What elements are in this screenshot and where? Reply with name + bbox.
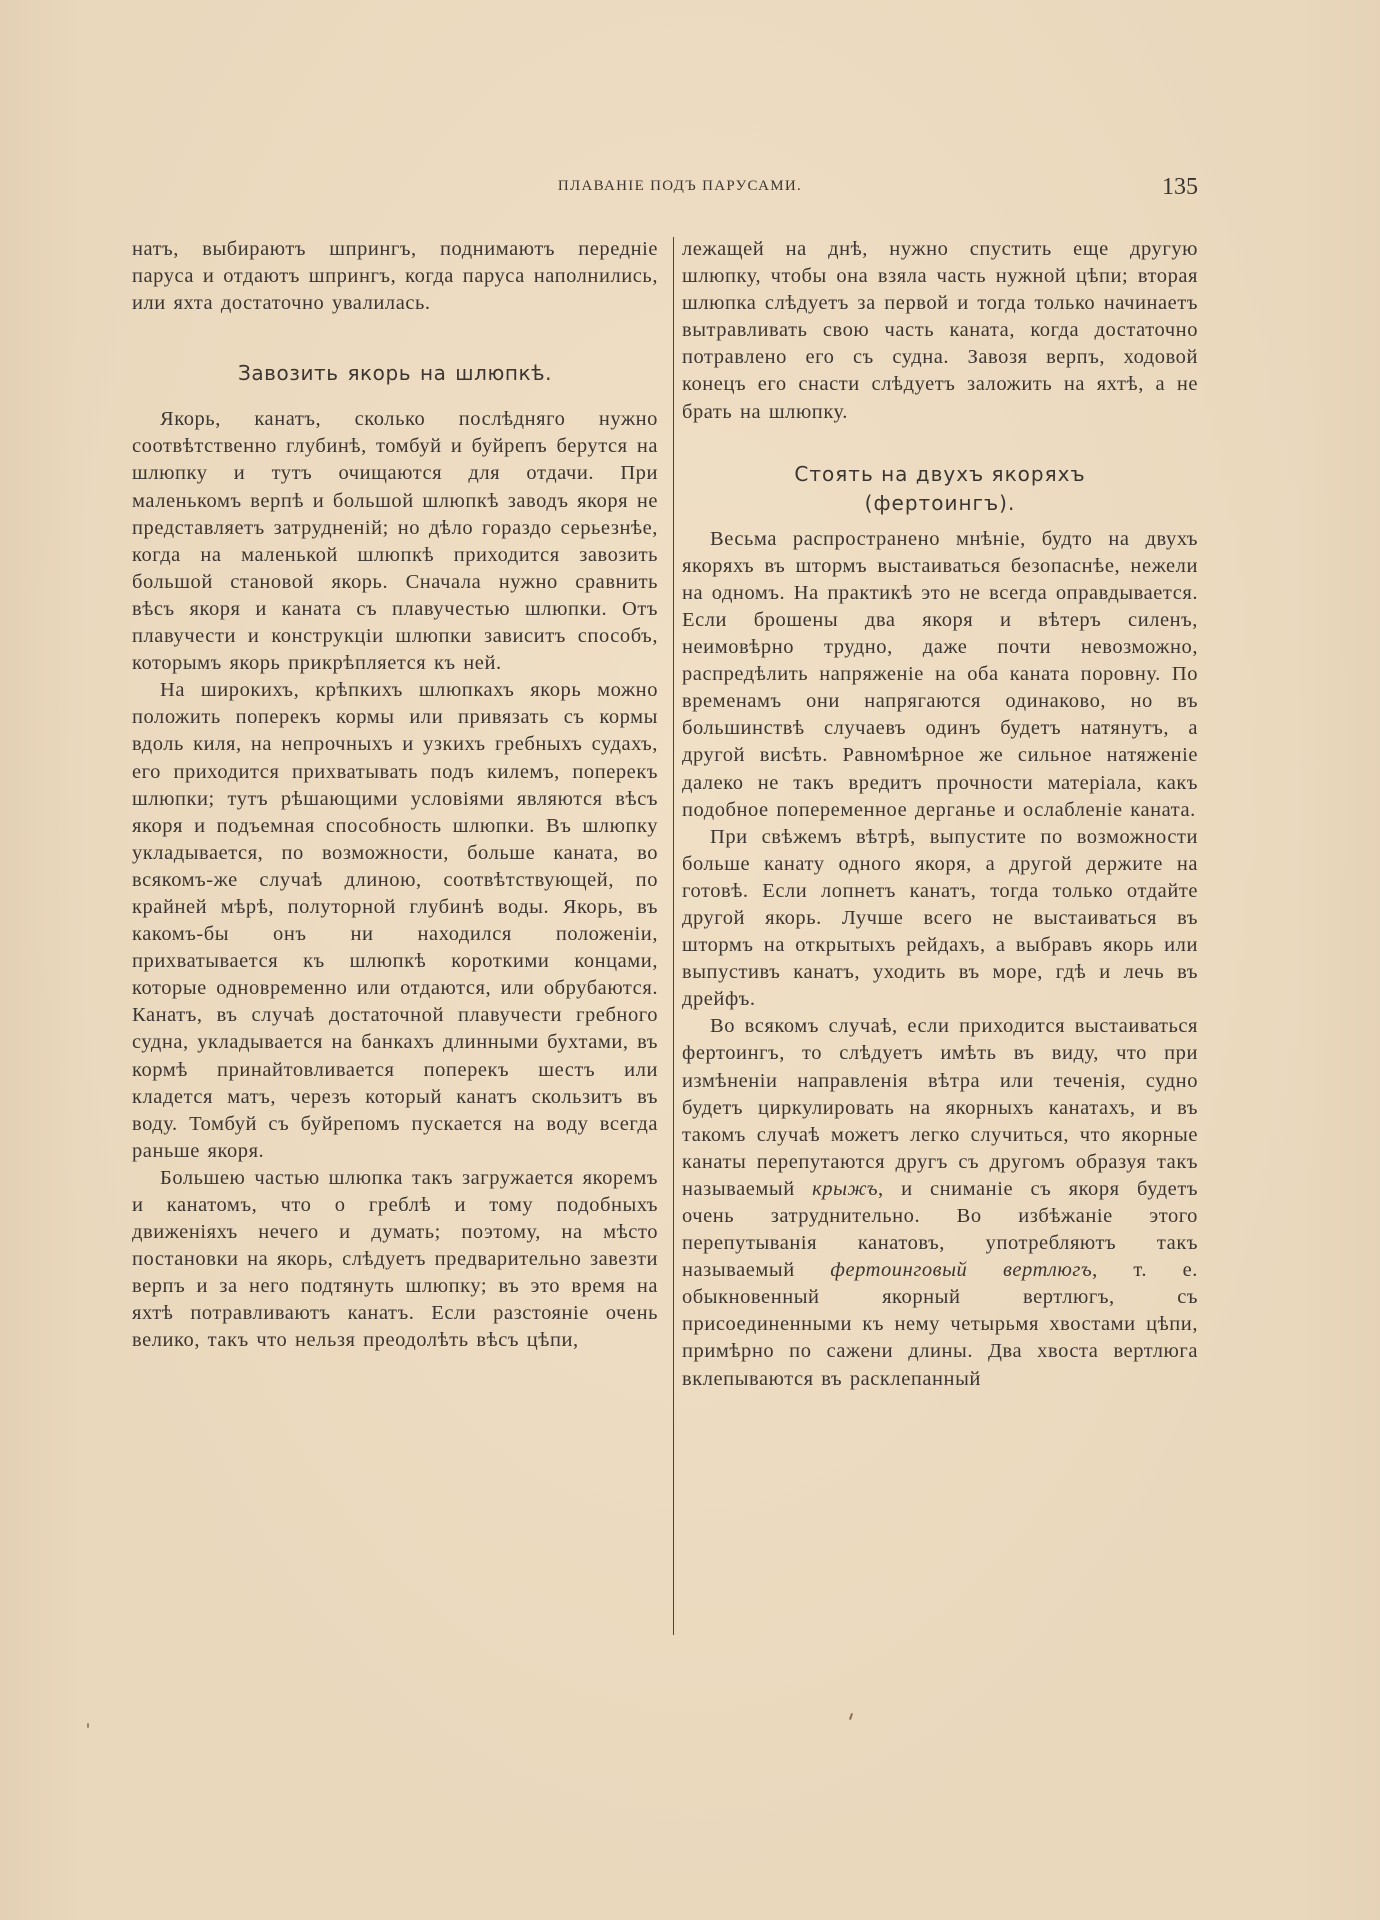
continuation-paragraph: натъ, выбираютъ шпрингъ, поднимаютъ пере… <box>132 236 658 317</box>
right-column: лежащей на днѣ, нужно спустить еще другу… <box>682 236 1198 1393</box>
body-paragraph: Во всякомъ случаѣ, если приходится выста… <box>682 1013 1198 1392</box>
body-paragraph: Большею частью шлюпка такъ загружается я… <box>132 1165 658 1355</box>
running-head: ПЛАВАНІЕ ПОДЪ ПАРУСАМИ. 135 <box>132 174 1198 204</box>
paper-speck <box>849 1713 853 1720</box>
section-heading: Стоять на двухъ якоряхъ (фертоингъ). <box>682 460 1198 518</box>
text-run: Во всякомъ случаѣ, если приходится выста… <box>682 1015 1198 1200</box>
continuation-paragraph: лежащей на днѣ, нужно спустить еще другу… <box>682 236 1198 426</box>
italic-term: крыжъ <box>812 1178 878 1200</box>
body-paragraph: На широкихъ, крѣпкихъ шлюпкахъ якорь мож… <box>132 677 658 1165</box>
column-divider <box>673 237 674 1635</box>
italic-term: фертоинговый вертлюгъ <box>830 1259 1092 1281</box>
left-column: натъ, выбираютъ шпрингъ, поднимаютъ пере… <box>132 236 658 1355</box>
page-number: 135 <box>1162 174 1198 201</box>
body-paragraph: Весьма распространено мнѣніе, будто на д… <box>682 526 1198 824</box>
section-heading: Завозить якорь на шлюпкѣ. <box>132 359 658 388</box>
body-paragraph: Якорь, канатъ, сколько послѣдняго нужно … <box>132 406 658 677</box>
paper-speck <box>87 1723 89 1728</box>
book-page: ПЛАВАНІЕ ПОДЪ ПАРУСАМИ. 135 натъ, выбира… <box>0 0 1380 1920</box>
body-paragraph: При свѣжемъ вѣтрѣ, выпустите по возможно… <box>682 824 1198 1014</box>
running-title: ПЛАВАНІЕ ПОДЪ ПАРУСАМИ. <box>132 178 1198 195</box>
section-heading-line: (фертоингъ). <box>682 489 1198 518</box>
section-heading-line: Стоять на двухъ якоряхъ <box>682 460 1198 489</box>
